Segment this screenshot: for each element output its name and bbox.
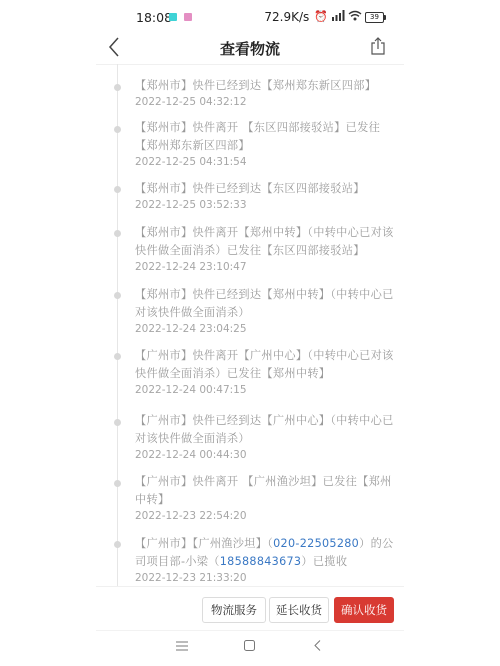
timeline-dot: [114, 353, 121, 360]
entry-text-part: ）已揽收: [301, 555, 347, 568]
share-icon: [370, 37, 386, 55]
entry-text: 【郑州市】快件离开【郑州中转】（中转中心已对该快件做全面消杀）已发往【东区四部接…: [135, 224, 397, 260]
alarm-icon: ⏰: [314, 11, 328, 23]
battery-icon: 39: [365, 12, 384, 23]
navigation-bar: 查看物流: [96, 34, 404, 65]
notification-icon: [169, 13, 177, 21]
entry-text: 【郑州市】快件已经到达【郑州郑东新区四部】: [135, 77, 397, 95]
home-icon[interactable]: [244, 639, 255, 655]
status-indicators: 72.9K/s ⏰ 39: [264, 10, 384, 24]
timeline-line: [117, 64, 118, 586]
menu-icon[interactable]: [176, 639, 188, 655]
entry-text: 【郑州市】快件离开 【东区四部接驳站】已发往【郑州郑东新区四部】: [135, 119, 397, 155]
entry-text: 【广州市】【广州渔沙坦】（020-22505280）的公司项目部-小梁（1858…: [135, 535, 397, 571]
timeline-dot: [114, 230, 121, 237]
phone-screen: 18:08 72.9K/s ⏰ 39 查看物流 【郑州市】快件已经到达【郑州郑东: [96, 0, 404, 666]
entry-text: 【郑州市】快件已经到达【郑州中转】（中转中心已对该快件做全面消杀）: [135, 286, 397, 322]
entry-text-part: 【广州市】【广州渔沙坦】（: [135, 537, 273, 550]
entry-text: 【广州市】快件离开 【广州渔沙坦】已发往【郑州中转】: [135, 473, 397, 509]
extend-receipt-button[interactable]: 延长收货: [269, 597, 329, 623]
entry-time: 2022-12-24 00:44:30: [135, 449, 247, 461]
system-navigation: [96, 630, 404, 666]
phone-link[interactable]: 020-22505280: [273, 537, 359, 550]
timeline-dot: [114, 480, 121, 487]
entry-time: 2022-12-25 03:52:33: [135, 199, 247, 211]
entry-time: 2022-12-24 00:47:15: [135, 384, 247, 396]
network-speed: 72.9K/s: [264, 10, 309, 24]
confirm-receipt-button[interactable]: 确认收货: [334, 597, 394, 623]
share-button[interactable]: [370, 37, 390, 59]
timeline-dot: [114, 292, 121, 299]
status-bar: 18:08 72.9K/s ⏰ 39: [96, 0, 404, 34]
timeline-dot: [114, 419, 121, 426]
page-title: 查看物流: [96, 38, 404, 59]
logistics-service-button[interactable]: 物流服务: [202, 597, 266, 623]
entry-time: 2022-12-24 23:10:47: [135, 261, 247, 273]
entry-time: 2022-12-25 04:32:12: [135, 96, 247, 108]
entry-time: 2022-12-25 04:31:54: [135, 156, 247, 168]
entry-time: 2022-12-24 23:04:25: [135, 323, 247, 335]
wifi-icon: [348, 10, 362, 24]
back-nav-icon[interactable]: [314, 639, 321, 655]
signal-icon: [331, 10, 345, 24]
phone-link[interactable]: 18588843673: [220, 555, 302, 568]
entry-text: 【广州市】快件已经到达【广州中心】（中转中心已对该快件做全面消杀）: [135, 412, 397, 448]
notification-icon: [184, 13, 192, 21]
status-time: 18:08: [136, 10, 172, 25]
timeline-dot: [114, 126, 121, 133]
timeline-dot: [114, 541, 121, 548]
entry-text: 【广州市】快件离开【广州中心】（中转中心已对该快件做全面消杀）已发往【郑州中转】: [135, 347, 397, 383]
logistics-timeline[interactable]: 【郑州市】快件已经到达【郑州郑东新区四部】 2022-12-25 04:32:1…: [96, 64, 404, 586]
entry-time: 2022-12-23 22:54:20: [135, 510, 247, 522]
timeline-dot: [114, 186, 121, 193]
timeline-dot: [114, 84, 121, 91]
entry-time: 2022-12-23 21:33:20: [135, 572, 247, 584]
entry-text: 【郑州市】快件已经到达【东区四部接驳站】: [135, 180, 397, 198]
action-bar: 物流服务 延长收货 确认收货: [96, 586, 404, 631]
